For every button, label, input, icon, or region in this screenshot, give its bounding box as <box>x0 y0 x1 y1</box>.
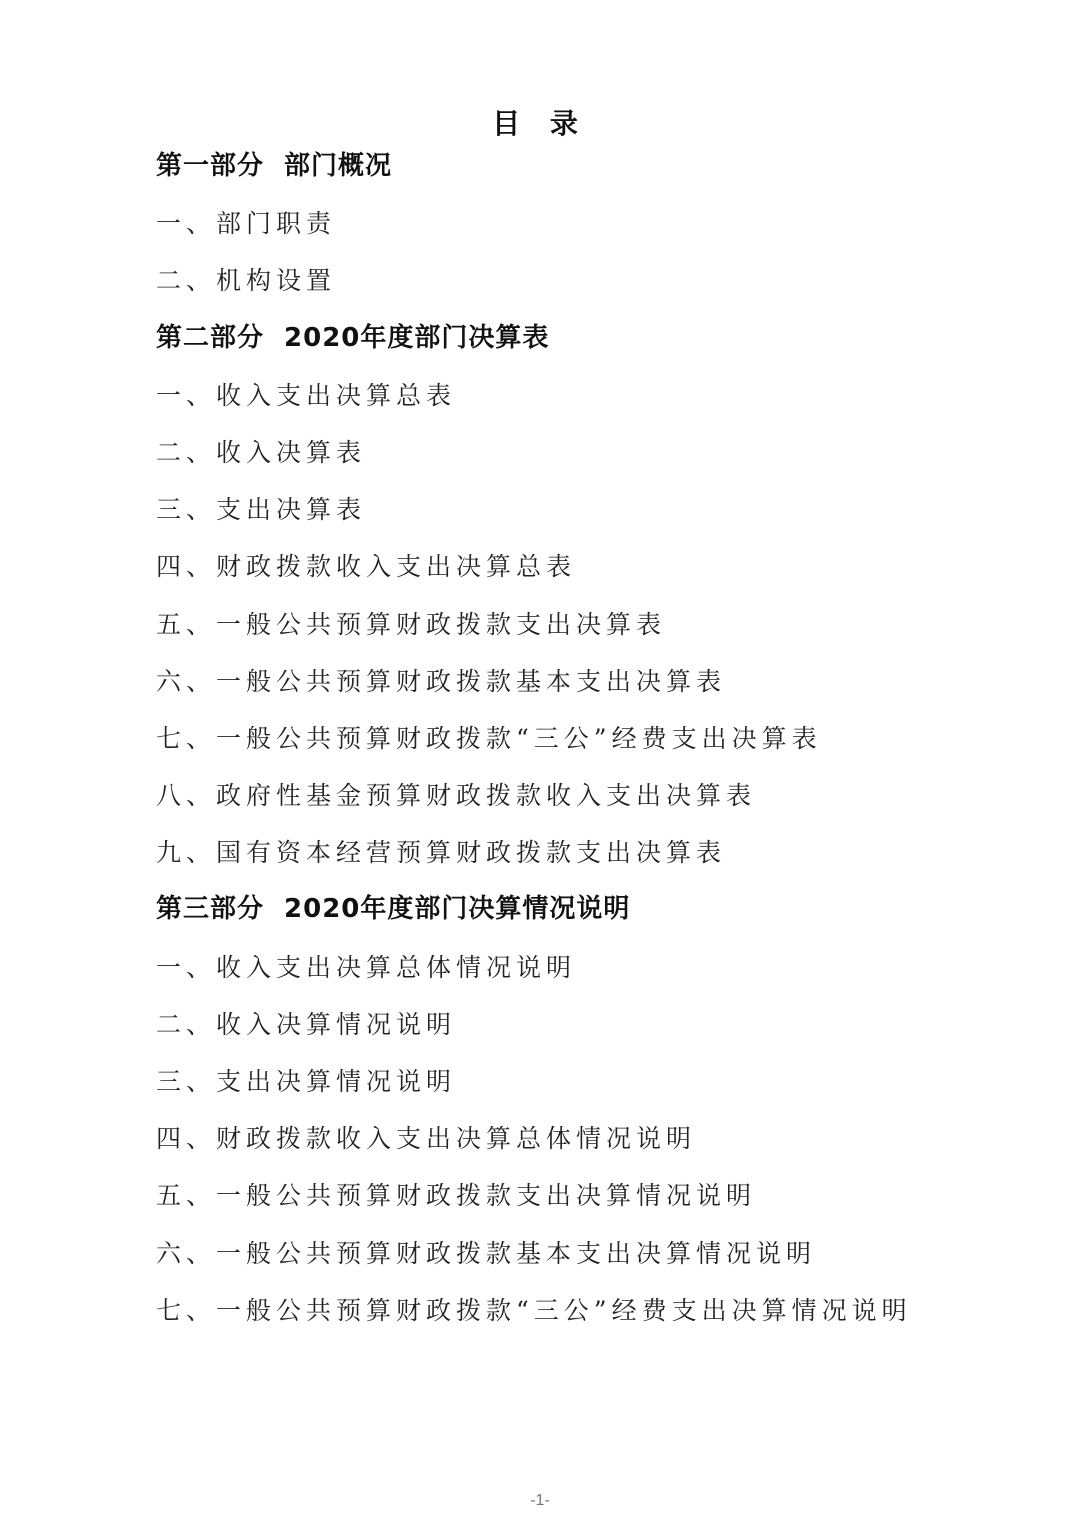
toc-item: 一、收入支出决算总表 <box>156 367 936 424</box>
toc-item: 二、收入决算情况说明 <box>156 996 936 1053</box>
toc-item: 六、一般公共预算财政拨款基本支出决算情况说明 <box>156 1225 936 1282</box>
part-heading-2: 第二部分2020年度部门决算表 <box>156 310 936 367</box>
part-label: 第三部分 <box>156 894 264 924</box>
toc-item: 四、财政拨款收入支出决算总体情况说明 <box>156 1110 936 1167</box>
toc-item: 四、财政拨款收入支出决算总表 <box>156 538 936 595</box>
toc-item: 七、一般公共预算财政拨款“三公”经费支出决算表 <box>156 710 936 767</box>
part-label: 第一部分 <box>156 151 264 181</box>
part-heading-1: 第一部分部门概况 <box>156 138 936 195</box>
part-label: 第二部分 <box>156 323 264 353</box>
part-title: 2020年度部门决算表 <box>284 323 549 353</box>
toc-item: 三、支出决算情况说明 <box>156 1053 936 1110</box>
part-title: 2020年度部门决算情况说明 <box>284 894 630 924</box>
part-title: 部门概况 <box>284 151 392 181</box>
toc-item: 九、国有资本经营预算财政拨款支出决算表 <box>156 824 936 881</box>
toc-item: 七、一般公共预算财政拨款“三公”经费支出决算情况说明 <box>156 1282 936 1339</box>
toc-item: 一、收入支出决算总体情况说明 <box>156 939 936 996</box>
toc-item: 八、政府性基金预算财政拨款收入支出决算表 <box>156 767 936 824</box>
toc-item: 五、一般公共预算财政拨款支出决算表 <box>156 596 936 653</box>
toc-item: 二、收入决算表 <box>156 424 936 481</box>
toc-item: 二、机构设置 <box>156 252 936 309</box>
toc-item: 五、一般公共预算财政拨款支出决算情况说明 <box>156 1167 936 1224</box>
toc-item: 六、一般公共预算财政拨款基本支出决算表 <box>156 653 936 710</box>
table-of-contents: 第一部分部门概况 一、部门职责 二、机构设置 第二部分2020年度部门决算表 一… <box>156 138 936 1339</box>
toc-item: 一、部门职责 <box>156 195 936 252</box>
page-number: -1- <box>0 1492 1080 1510</box>
toc-item: 三、支出决算表 <box>156 481 936 538</box>
document-title: 目 录 <box>0 102 1080 142</box>
part-heading-3: 第三部分2020年度部门决算情况说明 <box>156 881 936 938</box>
